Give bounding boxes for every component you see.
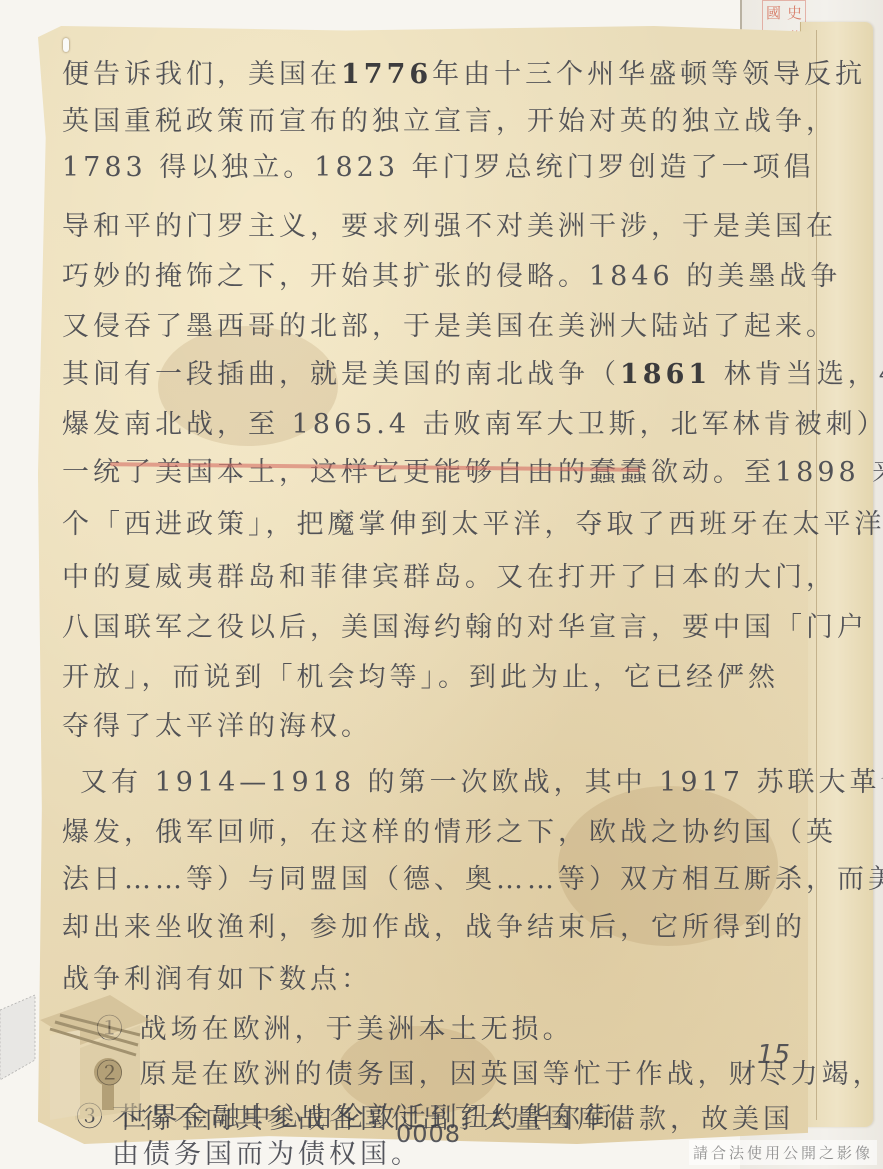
bold-year: 1776 — [341, 59, 432, 90]
text-line-12: 八国联军之役以后，美国海约翰的对华宣言，要中国「门户 — [62, 605, 868, 644]
text-line-5: 巧妙的掩饰之下，开始其扩张的侵略。1846 的美墨战争 — [62, 254, 841, 293]
pin-hole — [63, 38, 69, 52]
page-number: 15 — [757, 1040, 790, 1070]
seal-char: 國 — [763, 1, 784, 26]
text-line-4: 导和平的门罗主义，要求列强不对美洲干涉，于是美国在 — [62, 204, 837, 243]
text-line-19: 战争利润有如下数点： — [62, 957, 372, 996]
text-line-23: 由债务国而为债权国。 — [112, 1132, 422, 1169]
text-line-17: 法日……等）与同盟国（德、奥……等）双方相互厮杀，而美国 — [62, 857, 883, 896]
text-line-20: ① 战场在欧洲，于美洲本土无损。 — [96, 1007, 574, 1046]
text-line-13: 开放」，而说到「机会均等」。到此为止，它已经俨然 — [62, 655, 779, 694]
legal-use-caption: 請合法使用公開之影像 — [689, 1140, 877, 1165]
text-line-1: 便告诉我们，美国在1776年由十三个州华盛顿等领导反抗 — [62, 52, 866, 91]
text-line-18: 却出来坐收渔利，参加作战，战争结束后，它所得到的 — [62, 905, 806, 944]
bold-year: 1861 — [620, 359, 711, 390]
text-line-24: ③ 世界金融中心由伦敦迁到纽约华尔街。 — [76, 1095, 647, 1134]
text-line-10: 个「西进政策」，把魔掌伸到太平洋，夺取了西班牙在太平洋 — [62, 502, 883, 541]
text-line-3: 1783 得以独立。1823 年门罗总统门罗创造了一项倡 — [62, 145, 815, 184]
text-line-14: 夺得了太平洋的海权。 — [62, 704, 372, 743]
text-line-8: 爆发南北战，至 1865.4 击败南军大卫斯，北军林肯被刺）使它 — [62, 402, 883, 441]
text-line-11: 中的夏威夷群岛和菲律宾群岛。又在打开了日本的大门， — [62, 555, 837, 594]
text-line-7: 其间有一段插曲，就是美国的南北战争（1861 林肯当选，4月 — [62, 352, 883, 391]
text-line-6: 又侵吞了墨西哥的北部，于是美国在美洲大陆站了起来。 — [62, 304, 837, 343]
folio-number: 0008 — [396, 1120, 461, 1148]
text-line-16: 爆发，俄军回师，在这样的情形之下，欧战之协约国（英 — [62, 810, 837, 849]
text-line-2: 英国重税政策而宣布的独立宣言，开始对英的独立战争， — [62, 99, 837, 138]
text-line-15: 又有 1914—1918 的第一次欧战，其中 1917 苏联大革命 — [80, 760, 883, 799]
